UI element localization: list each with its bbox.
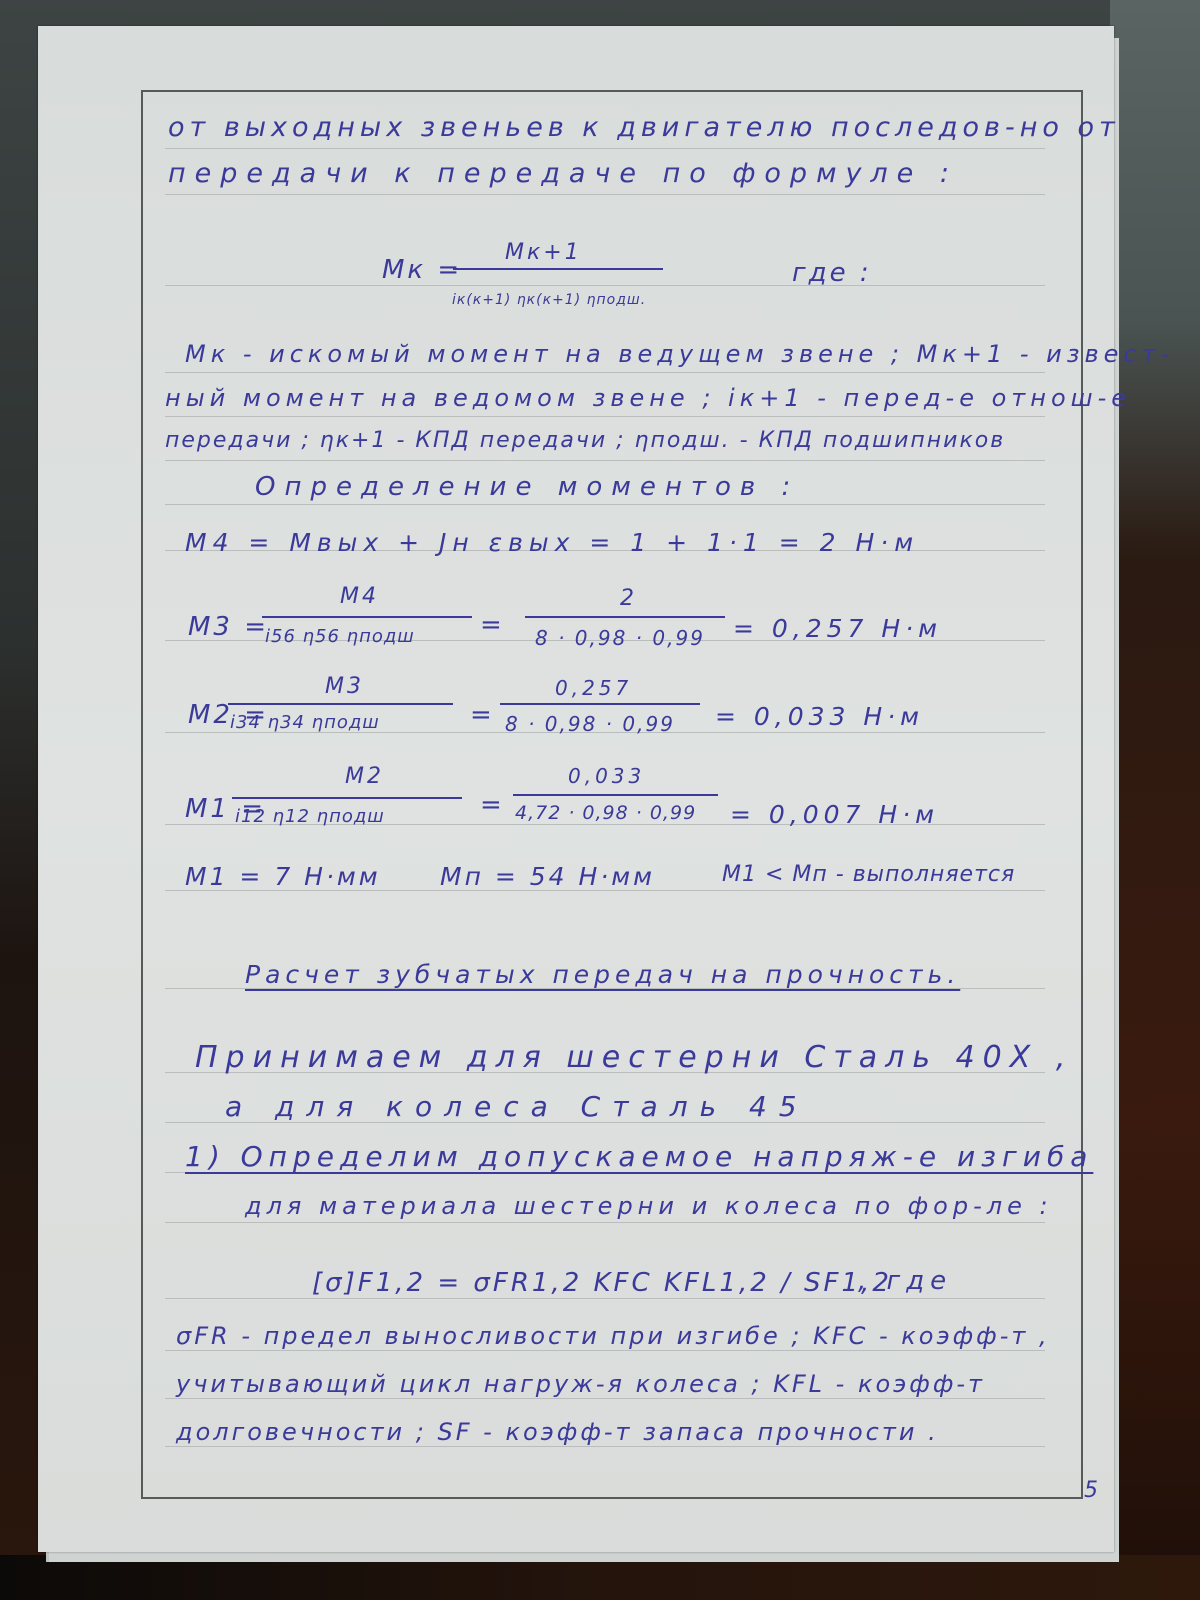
page-number: 5 [1084,1478,1098,1503]
text-line: от выходных звеньев к двигателю последов… [168,112,1120,143]
fraction-denominator: i34 η34 ηподш [230,712,380,733]
formula-numerator: Mк+1 [505,240,582,265]
check-m1: M1 = 7 Н·мм [185,862,381,891]
ruled-line [165,1350,1045,1351]
fraction-bar [262,616,472,618]
text-line: а для колеса Сталь 45 [225,1090,809,1123]
equation-m1-result: = 0,007 Н·м [730,800,939,829]
ruled-line [165,460,1045,461]
step-heading: 1) Определим допускаемое напряж-е изгиба [185,1140,1093,1173]
formula-denominator: iк(к+1) ηк(к+1) ηподш. [452,292,646,308]
equation-m3-result: = 0,257 Н·м [733,614,942,643]
ruled-line [165,285,1045,286]
fraction-bar [513,794,718,796]
text-line: долговечности ; SF - коэфф-т запаса проч… [176,1418,939,1446]
fraction-bar [228,703,453,705]
section-heading: Расчет зубчатых передач на прочность. [245,960,960,989]
ruled-line [165,416,1045,417]
equation-m2-result: = 0,033 Н·м [715,702,924,731]
fraction-numerator: M4 [340,584,379,609]
fraction-numerator: 0,257 [555,676,632,700]
fraction-bar [453,268,663,270]
equals-sign: = [470,700,495,730]
formula-where: , где [858,1266,952,1296]
fraction-denominator: 4,72 · 0,98 · 0,99 [515,802,696,824]
text-line: σFR - предел выносливости при изгибе ; K… [176,1322,1050,1350]
check-conclusion: M1 < Mп - выполняется [722,862,1015,887]
equation-m3-lhs: M3 = [188,612,269,642]
formula-stress: [σ]F1,2 = σFR1,2 KFC KFL1,2 / SF1,2 [312,1268,892,1298]
ruled-line [165,504,1045,505]
check-mp: Mп = 54 Н·мм [440,862,655,891]
fraction-denominator: 8 · 0,98 · 0,99 [505,712,675,736]
ruled-line [165,1298,1045,1299]
text-line: Принимаем для шестерни Сталь 40Х , [195,1040,1073,1075]
fraction-denominator: i56 η56 ηподш [265,626,415,647]
fraction-bar [500,703,700,705]
fraction-numerator: M3 [325,674,364,699]
equals-sign: = [480,610,505,640]
fraction-bar [232,797,462,799]
section-heading: Определение моментов : [255,472,799,502]
fraction-bar [525,616,725,618]
equals-sign: = [480,790,505,820]
text-line: передачи к передаче по формуле : [168,158,958,189]
text-line: передачи ; ηк+1 - КПД передачи ; ηподш. … [165,428,1005,453]
fraction-numerator: 0,033 [568,764,645,788]
ruled-line [165,148,1045,149]
text-line: учитывающий цикл нагруж-я колеса ; KFL -… [176,1370,985,1398]
text-line: ный момент на ведомом звене ; iк+1 - пер… [165,384,1131,412]
fraction-numerator: 2 [620,586,637,611]
fraction-numerator: M2 [345,764,384,789]
ruled-line [165,1446,1045,1447]
fraction-denominator: i12 η12 ηподш [235,806,385,827]
ruled-line [165,372,1045,373]
desk-background [1110,0,1200,1600]
fraction-denominator: 8 · 0,98 · 0,99 [535,626,705,650]
formula-where: где : [792,258,872,288]
text-line: для материала шестерни и колеса по фор-л… [245,1192,1053,1220]
equation-m4: M4 = Mвых + Jн εвых = 1 + 1·1 = 2 Н·м [185,528,919,557]
ruled-line [165,194,1045,195]
formula-lhs: Mк = [382,255,462,285]
ruled-line [165,1398,1045,1399]
ruled-line [165,1222,1045,1223]
text-line: Mк - искомый момент на ведущем звене ; M… [185,340,1174,368]
